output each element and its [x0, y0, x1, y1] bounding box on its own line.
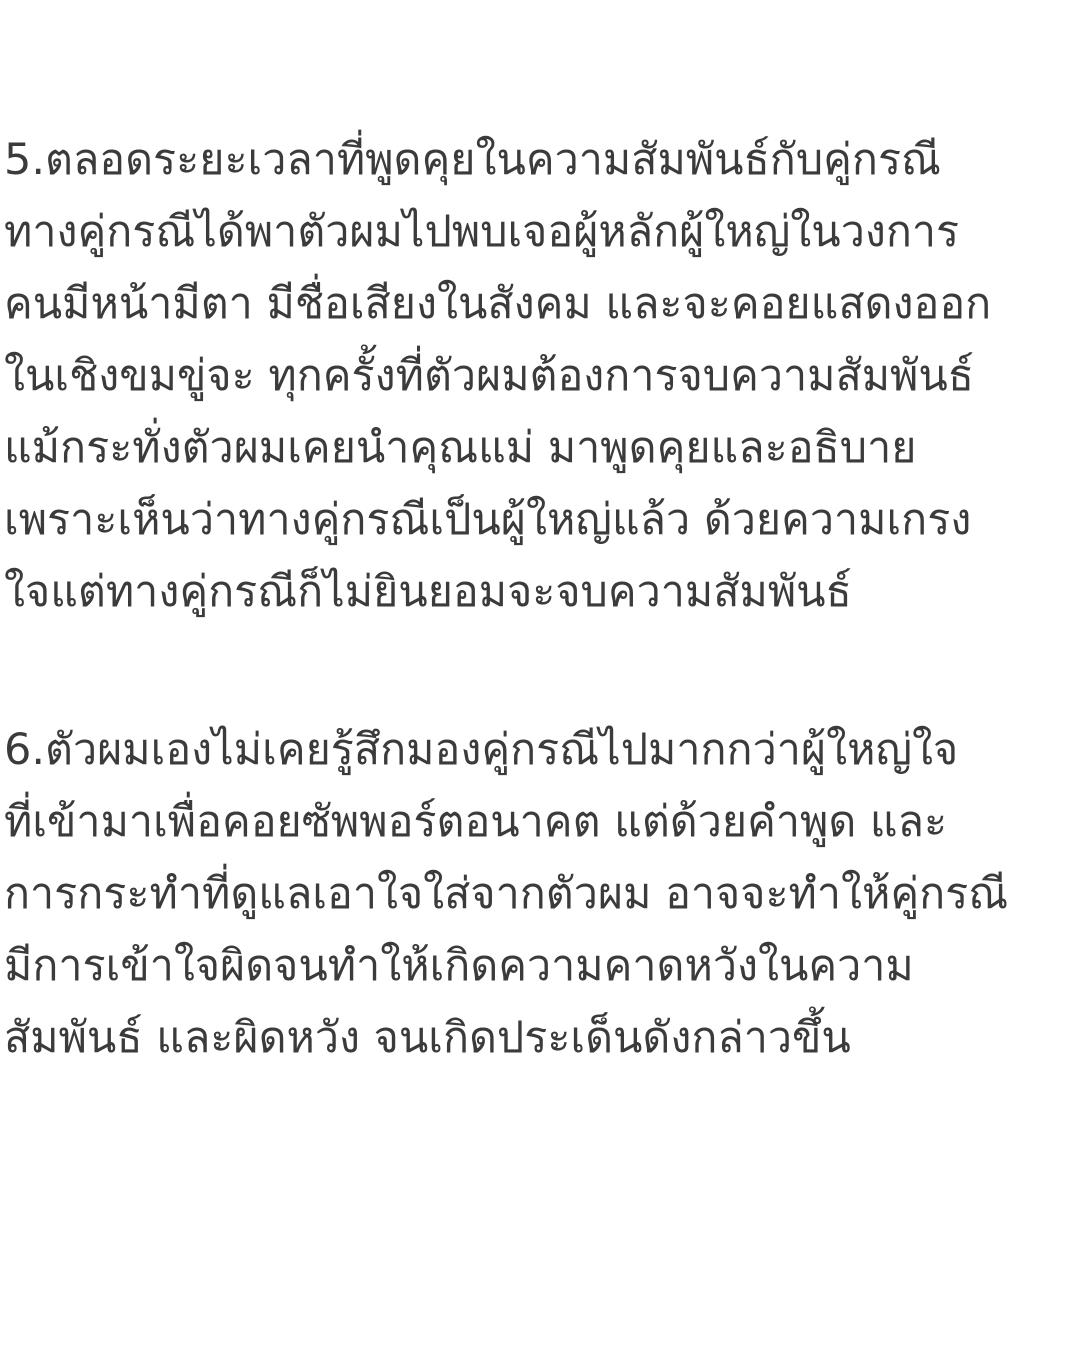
- paragraph-6-line-4: มีการเข้าใจผิดจนทำให้เกิดความคาดหวังในคว…: [4, 936, 914, 996]
- paragraph-5-line-3: คนมีหน้ามีตา มีชื่อเสียงในสังคม และจะคอย…: [4, 274, 991, 334]
- paragraph-5-line-6: เพราะเห็นว่าทางคู่กรณีเป็นผู้ใหญ่แล้ว ด้…: [4, 490, 971, 550]
- document-page: 5.ตลอดระยะเวลาที่พูดคุยในความสัมพันธ์กับ…: [0, 0, 1080, 1350]
- paragraph-5-line-2: ทางคู่กรณีได้พาตัวผมไปพบเจอผู้หลักผู้ใหญ…: [4, 202, 959, 262]
- paragraph-5-line-7: ใจแต่ทางคู่กรณีก็ไม่ยินยอมจะจบความสัมพัน…: [4, 562, 852, 622]
- paragraph-6-line-3: การกระทำที่ดูแลเอาใจใส่จากตัวผม อาจจะทำใ…: [4, 864, 1008, 924]
- paragraph-5-line-5: แม้กระทั่งตัวผมเคยนำคุณแม่ มาพูดคุยและอธ…: [4, 418, 916, 478]
- paragraph-6-line-2: ที่เข้ามาเพื่อคอยซัพพอร์ตอนาคต แต่ด้วยคำ…: [4, 792, 947, 852]
- paragraph-5-line-4: ในเชิงขมขู่จะ ทุกครั้งที่ตัวผมต้องการจบค…: [4, 346, 974, 406]
- paragraph-6-line-5: สัมพันธ์ และผิดหวัง จนเกิดประเด็นดังกล่า…: [4, 1008, 851, 1068]
- paragraph-5-line-1: 5.ตลอดระยะเวลาที่พูดคุยในความสัมพันธ์กับ…: [4, 130, 941, 190]
- paragraph-6-line-1: 6.ตัวผมเองไม่เคยรู้สึกมองคู่กรณีไปมากกว่…: [4, 720, 958, 780]
